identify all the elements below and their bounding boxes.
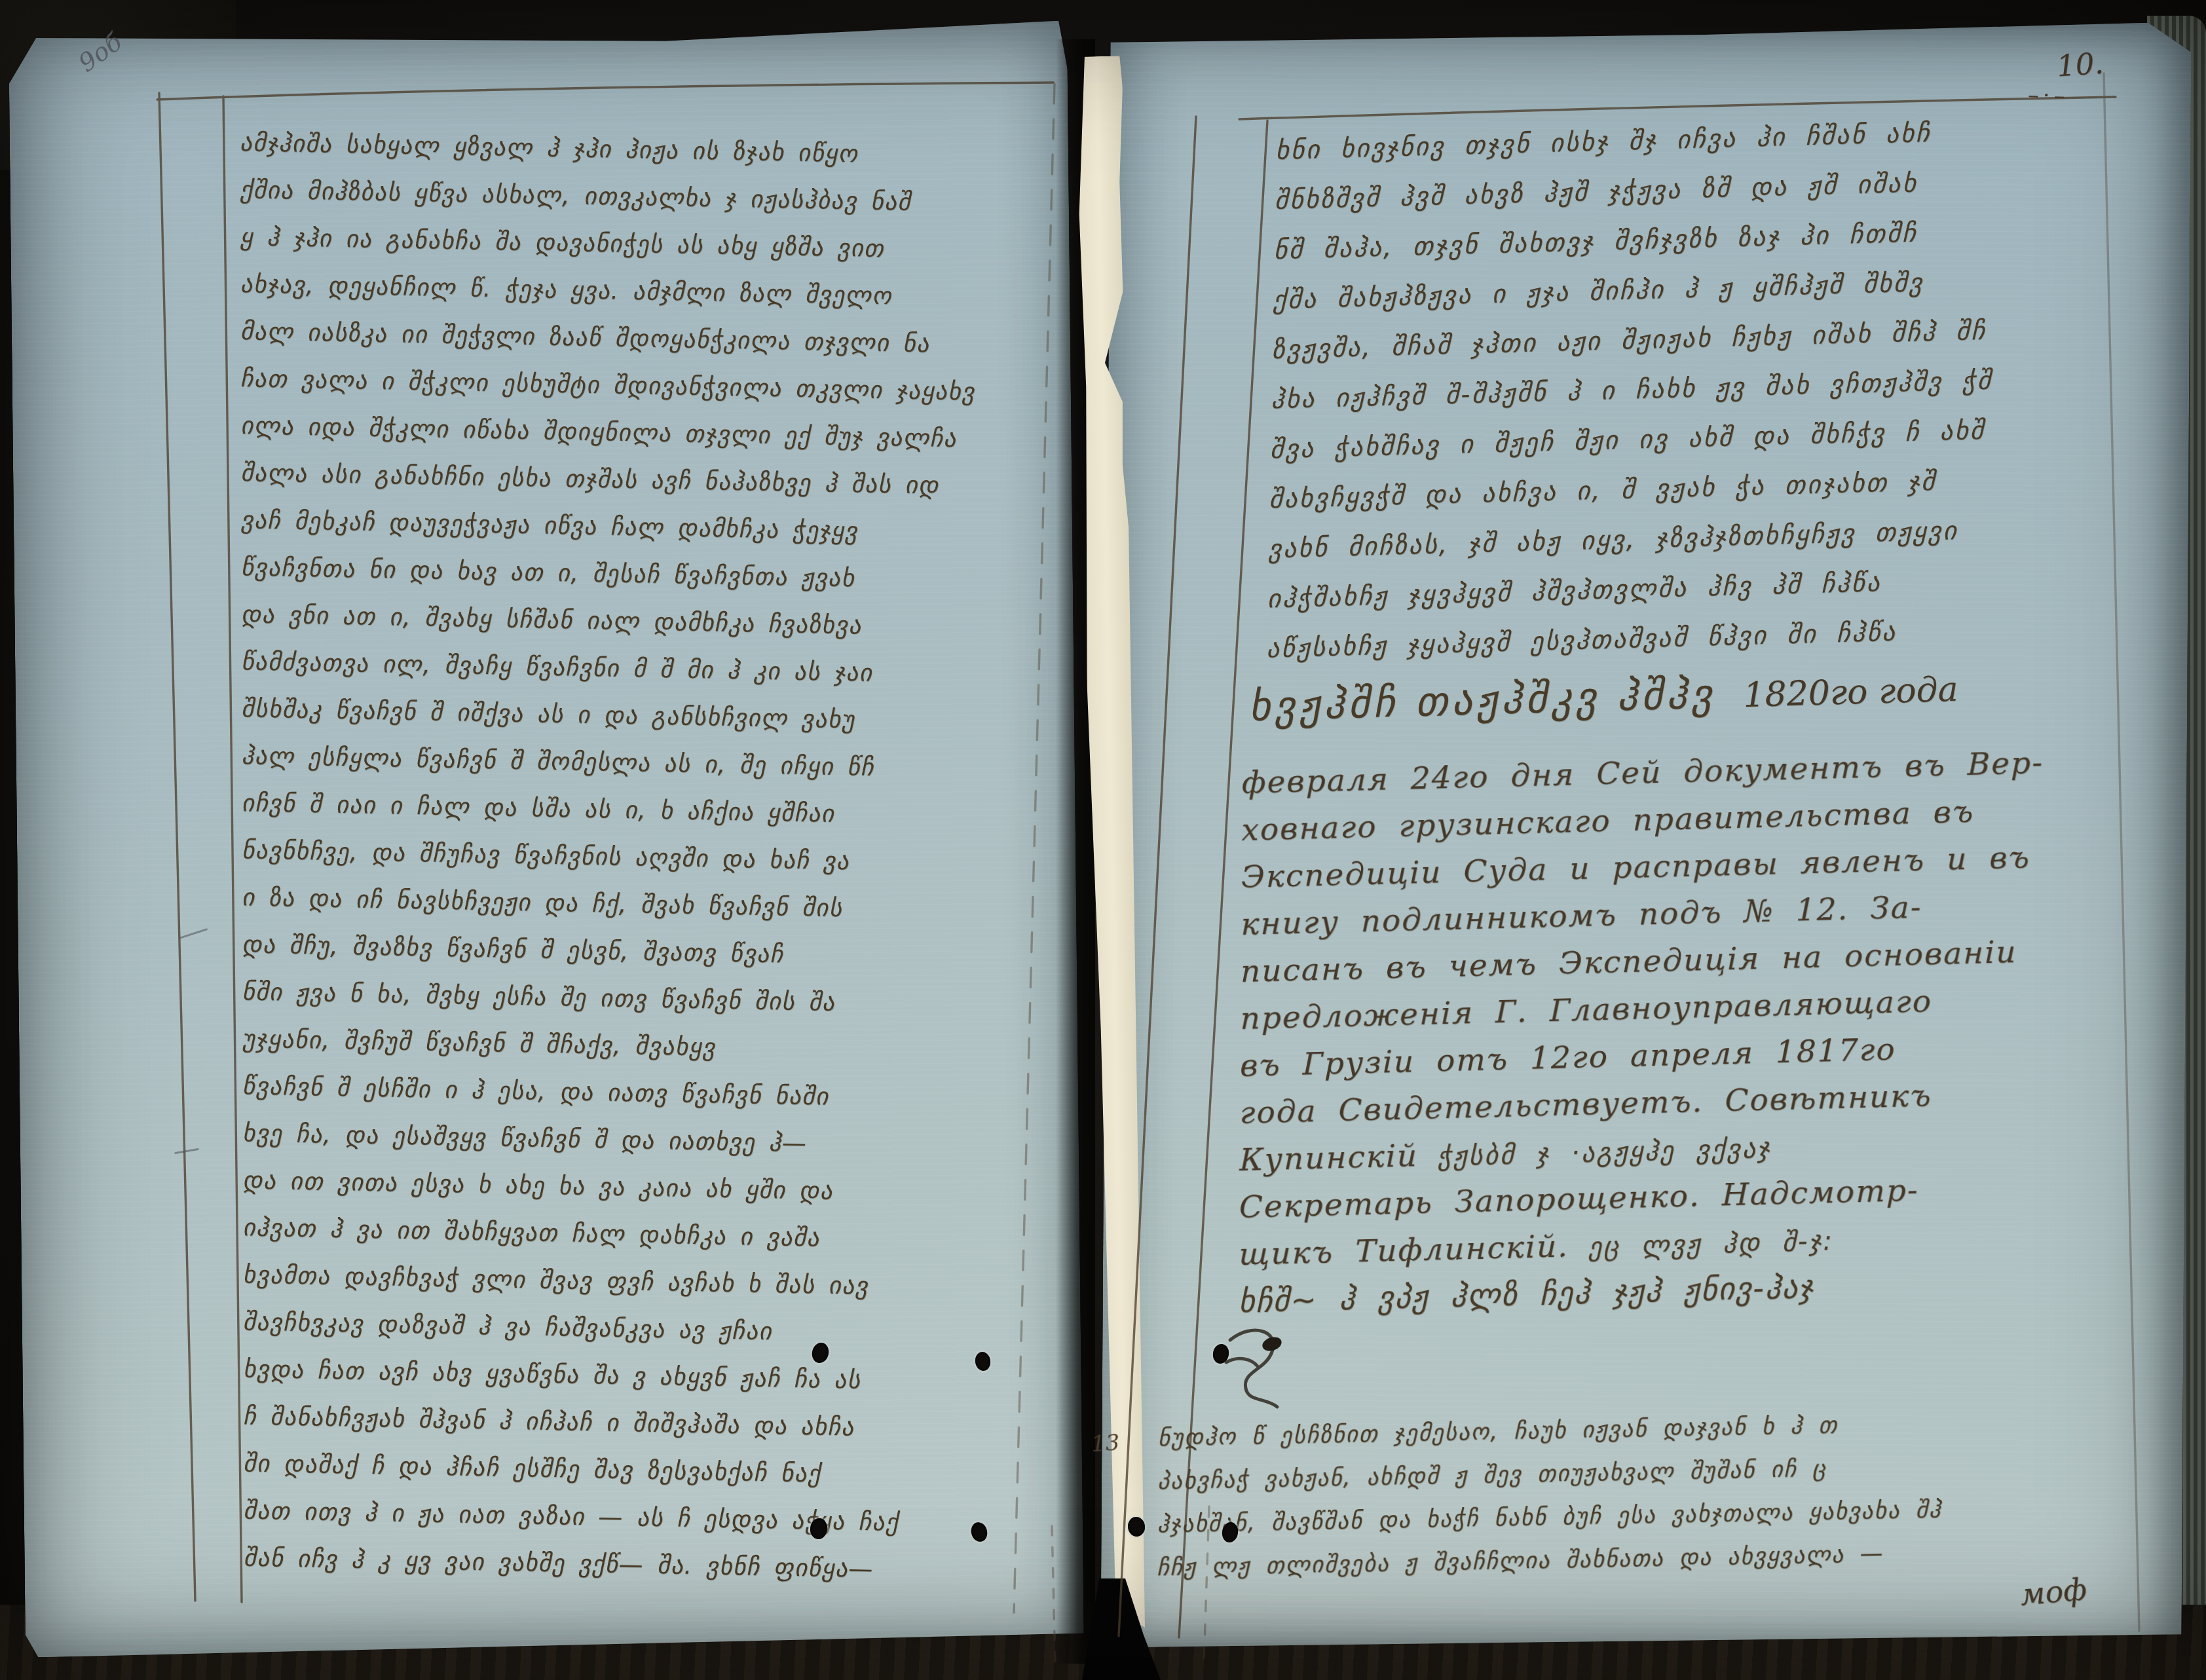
left-page-text-block: ამჯჰიშა სახყალ ყზვალ ჰ ჯჰი ჰიჟა ის ზჯახ … — [240, 128, 978, 1604]
right-page-georgian-block: ხნი ხივჯნივ თჯვნ ისხჯ შჯ იჩვა ჰი ჩშან ახ… — [1266, 117, 1998, 684]
russian-lines: февраля 24го дня Сей документъ въ Вер-хо… — [1239, 745, 2044, 1142]
name-tiflinskij: щикъ Тифлинскій. — [1239, 1229, 1569, 1273]
name-kupinskij: Купинскій — [1239, 1138, 1418, 1178]
russian-attestation-block: февраля 24го дня Сей документъ въ Вер-хо… — [1239, 745, 2044, 1331]
margin-number: 13 — [1091, 1430, 1120, 1457]
year-1820: 1820го года — [1743, 670, 1959, 715]
georgian-inline: ეც ლვჟ ჰდ შ-ჯ: — [1588, 1226, 1834, 1263]
catchword: моф — [2019, 1571, 2088, 1613]
manuscript-book-spread: 9об 10. –·– 13 ამჯჰიშა სახყალ ყზვალ ჰ ჯჰ… — [0, 0, 2206, 1680]
georgian-inline: ჭჟსბმ ჯ ·აგჟყჰე ვქვაჯ — [1438, 1134, 1772, 1172]
page-number: 10. — [2055, 46, 2104, 84]
ink-scribble — [1212, 1316, 1323, 1421]
right-page-bottom-block: ნუდჰო წ ესჩზნით ჯემესაო, ჩაუხ იჟვან დაჯვ… — [1157, 1410, 1943, 1598]
dash-marks: –·– — [2027, 82, 2069, 109]
